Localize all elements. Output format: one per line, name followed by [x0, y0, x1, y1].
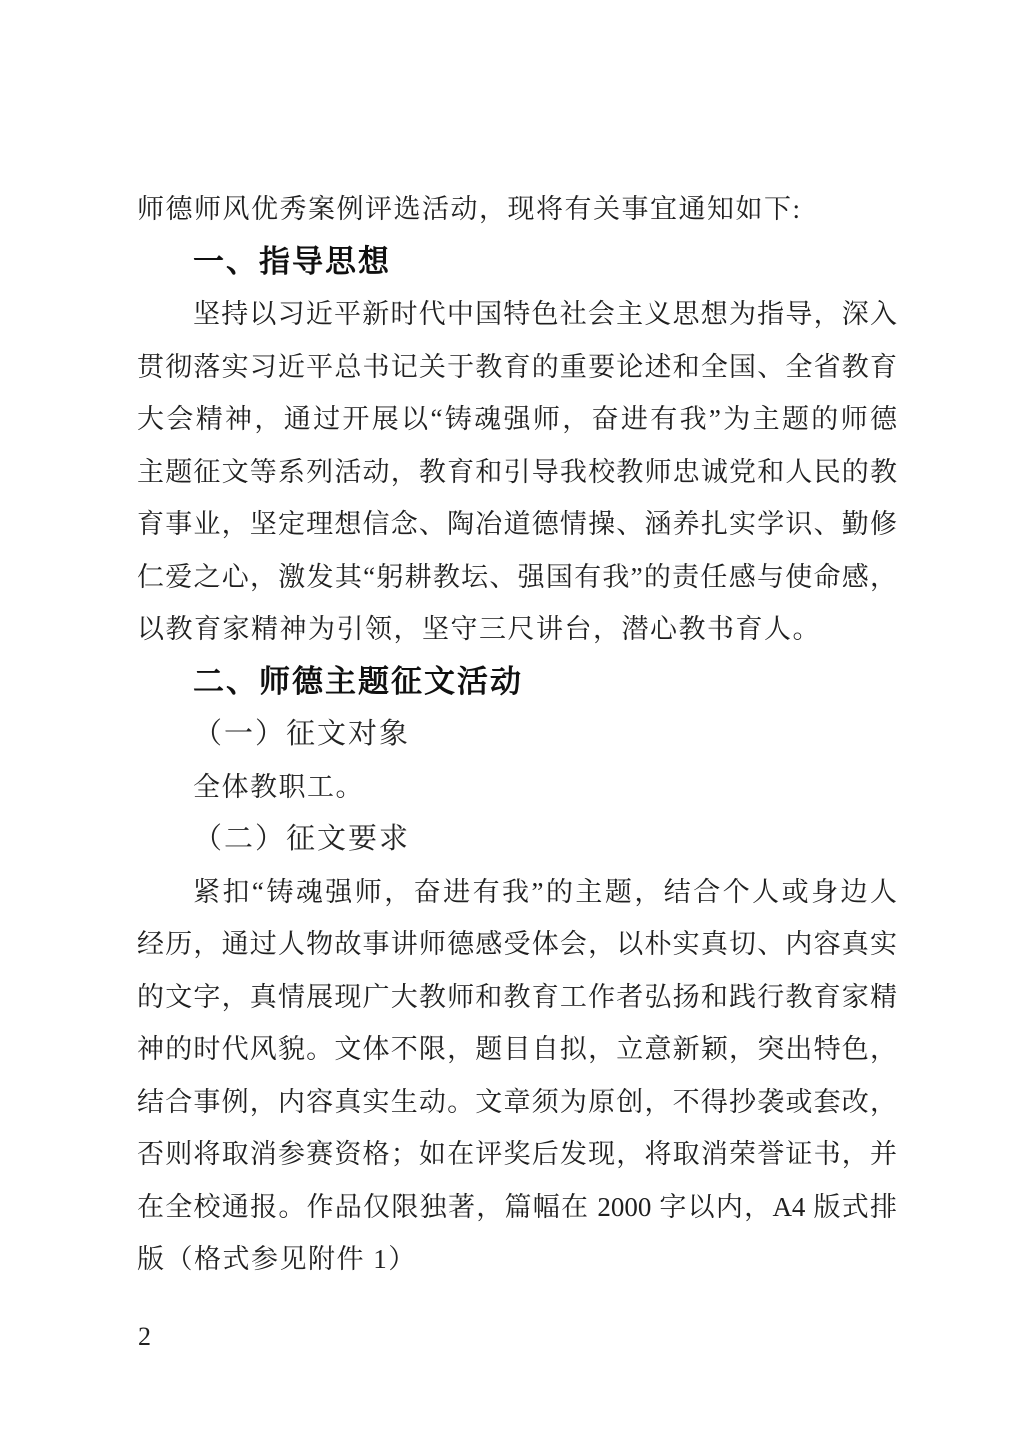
subsection-heading-2: （二）征文要求	[137, 813, 897, 866]
paragraph-line: 大会精神，通过开展以“铸魂强师，奋进有我”为主题的师德	[137, 393, 897, 446]
paragraph-line: 仁爱之心，激发其“躬耕教坛、强国有我”的责任感与使命感，	[137, 551, 897, 604]
paragraph-line: 师德师风优秀案例评选活动，现将有关事宜通知如下:	[137, 183, 897, 236]
paragraph-line: 神的时代风貌。文体不限，题目自拟，立意新颖，突出特色，	[137, 1023, 897, 1076]
paragraph-line: 版（格式参见附件 1）	[137, 1233, 897, 1286]
subsection-heading-1: （一）征文对象	[137, 708, 897, 761]
paragraph-line: 主题征文等系列活动，教育和引导我校教师忠诚党和人民的教	[137, 446, 897, 499]
paragraph-line: 坚持以习近平新时代中国特色社会主义思想为指导，深入	[137, 288, 897, 341]
paragraph-line: 以教育家精神为引领，坚守三尺讲台，潜心教书育人。	[137, 603, 897, 656]
page-number: 2	[138, 1322, 151, 1352]
paragraph-line: 在全校通报。作品仅限独著，篇幅在 2000 字以内，A4 版式排	[137, 1181, 897, 1234]
paragraph-line: 否则将取消参赛资格；如在评奖后发现，将取消荣誉证书，并	[137, 1128, 897, 1181]
paragraph-line: 全体教职工。	[137, 761, 897, 814]
paragraph-line: 紧扣“铸魂强师，奋进有我”的主题，结合个人或身边人	[137, 866, 897, 919]
paragraph-line: 经历，通过人物故事讲师德感受体会，以朴实真切、内容真实	[137, 918, 897, 971]
section-heading-2: 二、师德主题征文活动	[137, 656, 897, 709]
paragraph-line: 结合事例，内容真实生动。文章须为原创，不得抄袭或套改，	[137, 1076, 897, 1129]
section-heading-1: 一、指导思想	[137, 236, 897, 289]
document-body: 师德师风优秀案例评选活动，现将有关事宜通知如下: 一、指导思想 坚持以习近平新时…	[137, 183, 897, 1286]
paragraph-line: 的文字，真情展现广大教师和教育工作者弘扬和践行教育家精	[137, 971, 897, 1024]
document-page: 师德师风优秀案例评选活动，现将有关事宜通知如下: 一、指导思想 坚持以习近平新时…	[0, 0, 1024, 1448]
paragraph-line: 贯彻落实习近平总书记关于教育的重要论述和全国、全省教育	[137, 341, 897, 394]
paragraph-line: 育事业，坚定理想信念、陶冶道德情操、涵养扎实学识、勤修	[137, 498, 897, 551]
